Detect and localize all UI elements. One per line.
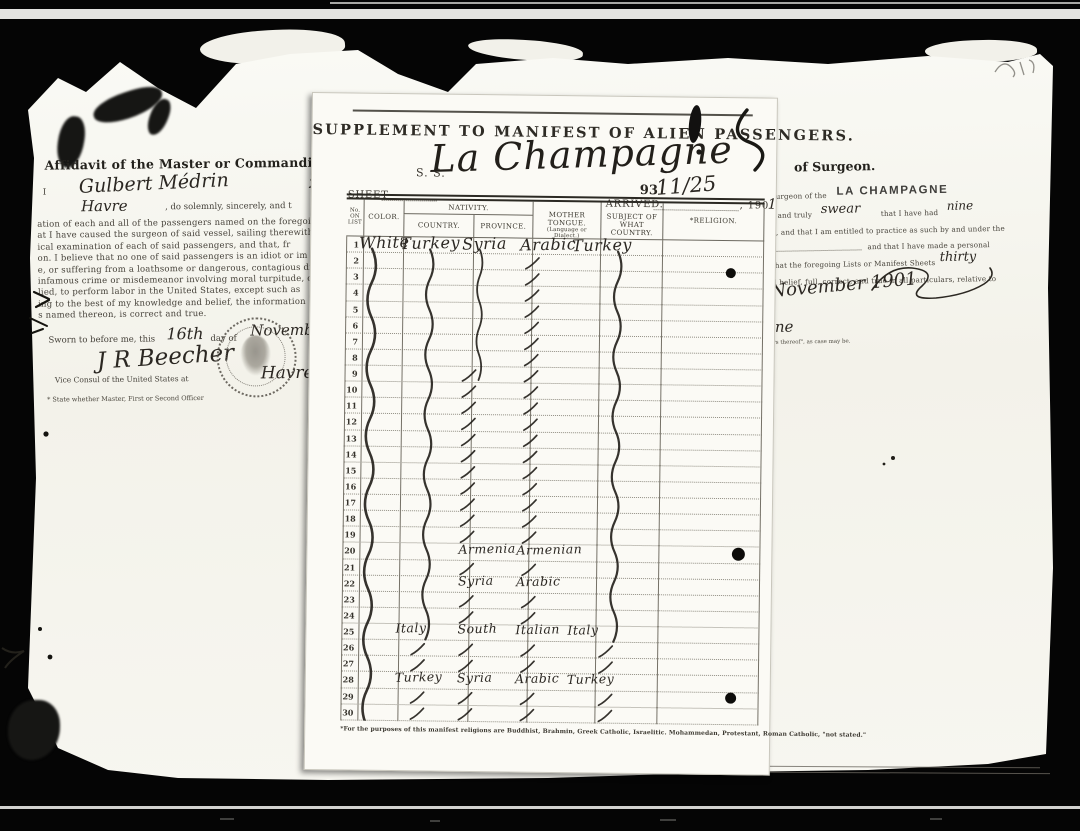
row-number: 28	[341, 675, 354, 685]
row-number: 17	[343, 497, 356, 507]
intro-suffix: , do solemnly, sincerely, and t	[165, 201, 292, 212]
manifest-entry-province-row1: Syria	[462, 234, 507, 254]
scan-speck	[660, 819, 676, 821]
surgeon-line2-mid: that I have had	[881, 208, 939, 218]
scan-top-light-band	[0, 9, 1080, 19]
manifest-entry-subject-row28: Turkey	[567, 671, 615, 687]
handwritten-date-november: November 1901	[770, 268, 918, 302]
manifest-entry-subject-row1: Turkey	[572, 235, 632, 255]
row-number: 3	[346, 272, 359, 282]
manifest-entry-province-row20: Armenia	[458, 540, 516, 556]
row-number: 19	[343, 530, 356, 540]
row-number: 5	[345, 304, 358, 314]
row-number: 8	[345, 352, 358, 362]
handwritten-thirty: thirty	[940, 249, 977, 265]
surgeon-line2-pre: y and truly	[771, 210, 812, 220]
intro-prefix: I	[43, 188, 46, 198]
manifest-entry-tongue-row22: Arabic	[516, 573, 561, 589]
handwritten-master-name: Gulbert Médrin	[78, 169, 229, 198]
seal-eagle-icon	[240, 335, 270, 375]
torn-shadow	[8, 700, 60, 760]
row-number: 11	[344, 401, 357, 411]
header-religion: *RELIGION.	[662, 203, 764, 241]
header-nativity: NATIVITY.	[404, 200, 533, 216]
header-color: COLOR.	[363, 200, 403, 237]
scan-bottom-light-line	[0, 806, 1080, 809]
manifest-entry-subject-row25: Italy	[567, 622, 598, 638]
header-no-on-list: No. ON LIST	[346, 199, 363, 236]
row-number: 7	[345, 336, 358, 346]
manifest-entry-province-row28: Syria	[457, 669, 493, 685]
ship-name-stamp: LA CHAMPAGNE	[836, 184, 948, 198]
row-number: 6	[345, 320, 358, 330]
manifest-entry-province-row22: Syria	[458, 572, 494, 588]
row-number: 18	[343, 514, 356, 524]
manifest-entry-tongue-row20: Armenian	[516, 541, 582, 557]
row-number: 26	[341, 643, 354, 653]
manifest-entry-country-row28: Turkey	[395, 668, 443, 684]
manifest-table-body: 1234567891011121314151617181920212223242…	[340, 236, 764, 725]
manifest-entry-tongue-row1: Arabic	[520, 234, 576, 254]
scan-speck	[930, 818, 942, 820]
scan-top-thin-line	[330, 2, 1080, 4]
sheet-top-rule	[353, 109, 753, 116]
manifest-entry-tongue-row28: Arabic	[515, 670, 560, 686]
row-number: 13	[344, 433, 357, 443]
margin-scribble	[2, 648, 24, 668]
manifest-footnote: *For the purposes of this manifest relig…	[340, 725, 760, 737]
row-number: 22	[342, 578, 355, 588]
handwritten-year-digit: 1	[768, 197, 777, 213]
scan-speck	[430, 820, 440, 822]
row-number: 29	[341, 691, 354, 701]
manifest-sheet: SUPPLEMENT TO MANIFEST OF ALIEN PASSENGE…	[304, 92, 778, 776]
surgeon-footnote: rs thereof", as case may be.	[773, 339, 850, 346]
row-number: 20	[342, 546, 355, 556]
surgeon-line3: n, and that I am entitled to practice as…	[771, 224, 1005, 237]
handwritten-signature: J R Beecher	[96, 340, 235, 375]
affidavit-surgeon-section: of Surgeon. Surgeon of the LA CHAMPAGNE …	[768, 150, 996, 404]
manifest-entry-country-row25: Italy	[395, 620, 426, 636]
row-number: 2	[346, 256, 359, 266]
handwritten-port: Havre	[81, 197, 128, 215]
handwritten-nine: nine	[947, 198, 974, 212]
affidavit-footnote: * State whether Master, First or Second …	[47, 394, 204, 404]
surgeon-line1: Surgeon of the	[770, 191, 826, 201]
row-number: 4	[345, 288, 358, 298]
consul-line: Vice Consul of the United States at	[55, 374, 189, 384]
row-number: 23	[342, 594, 355, 604]
blank-line	[772, 248, 862, 252]
row-number: 21	[342, 562, 355, 572]
handwritten-arrival-date: 11/25	[655, 171, 717, 199]
manifest-entry-tongue-row25: Italian	[515, 621, 560, 637]
manifest-table: No. ON LIST COLOR. NATIVITY. COUNTRY. PR…	[340, 197, 764, 725]
scan-speck	[220, 818, 234, 820]
document-scan: { "left_page": { "title": "Affidavit of …	[0, 0, 1080, 831]
handwritten-day: 16th	[166, 324, 203, 343]
manifest-entry-country-row1: Turkey	[400, 233, 460, 253]
consular-seal-icon	[216, 317, 297, 398]
row-number: 25	[341, 626, 354, 636]
manifest-entry-province-row25: South	[457, 621, 497, 637]
row-number: 30	[340, 707, 353, 717]
affidavit-surgeon-title: of Surgeon.	[794, 158, 875, 174]
row-number: 16	[343, 481, 356, 491]
sworn-prefix: Sworn to before me, this	[48, 334, 155, 345]
handwritten-swear: swear	[821, 201, 861, 217]
row-number: 27	[341, 659, 354, 669]
row-number: 24	[342, 610, 355, 620]
row-number: 12	[344, 417, 357, 427]
row-number: 15	[343, 465, 356, 475]
row-number: 14	[344, 449, 357, 459]
row-number: 10	[344, 385, 357, 395]
row-number: 1	[346, 239, 359, 249]
row-number: 9	[345, 368, 358, 378]
handwritten-ne: ne	[775, 318, 794, 336]
